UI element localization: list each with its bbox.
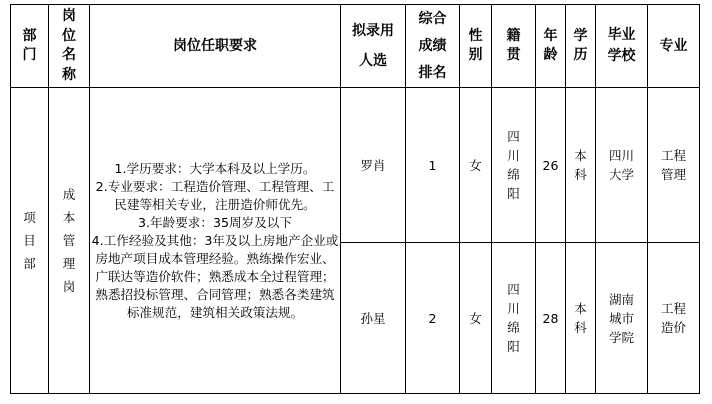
rank-cell: 2: [406, 243, 460, 394]
department-cell: 项目部: [11, 88, 49, 394]
header-school: 毕业学校: [596, 5, 648, 88]
age-cell: 26: [536, 88, 566, 243]
position-name-cell: 成本管理岗: [49, 88, 90, 394]
school-cell: 湖南城市学院: [596, 243, 648, 394]
header-education: 学历: [566, 5, 596, 88]
header-position-name: 岗位名称: [49, 5, 90, 88]
candidate-cell: 孙星: [341, 243, 406, 394]
requirement-major: 2.专业要求：工程造价管理、工程管理、工民建等相关专业，注册造价师优先。: [90, 178, 340, 214]
age-cell: 28: [536, 243, 566, 394]
requirement-education: 1.学历要求：大学本科及以上学历。: [90, 160, 340, 178]
header-origin: 籍贯: [492, 5, 536, 88]
header-gender: 性别: [460, 5, 492, 88]
gender-cell: 女: [460, 88, 492, 243]
header-row: 部门 岗位名称 岗位任职要求 拟录用人选 综合成绩排名 性别 籍贯 年龄 学历 …: [11, 5, 700, 88]
header-age: 年龄: [536, 5, 566, 88]
gender-cell: 女: [460, 243, 492, 394]
header-department: 部门: [11, 5, 49, 88]
school-cell: 四川大学: [596, 88, 648, 243]
major-cell: 工程管理: [648, 88, 700, 243]
candidate-cell: 罗肖: [341, 88, 406, 243]
header-candidate: 拟录用人选: [341, 5, 406, 88]
header-requirements: 岗位任职要求: [90, 5, 341, 88]
requirement-age: 3.年龄要求：35周岁及以下: [90, 214, 340, 232]
education-cell: 本科: [566, 243, 596, 394]
header-rank: 综合成绩排名: [406, 5, 460, 88]
origin-cell: 四川绵阳: [492, 88, 536, 243]
table-row: 项目部 成本管理岗 1.学历要求：大学本科及以上学历。 2.专业要求：工程造价管…: [11, 88, 700, 243]
major-cell: 工程造价: [648, 243, 700, 394]
header-major: 专业: [648, 5, 700, 88]
requirement-experience: 4.工作经验及其他：3年及以上房地产企业或房地产项目成本管理经验。熟练操作宏业、…: [90, 232, 340, 322]
rank-cell: 1: [406, 88, 460, 243]
requirements-cell: 1.学历要求：大学本科及以上学历。 2.专业要求：工程造价管理、工程管理、工民建…: [90, 88, 341, 394]
origin-cell: 四川绵阳: [492, 243, 536, 394]
education-cell: 本科: [566, 88, 596, 243]
recruitment-table: 部门 岗位名称 岗位任职要求 拟录用人选 综合成绩排名 性别 籍贯 年龄 学历 …: [10, 4, 700, 394]
